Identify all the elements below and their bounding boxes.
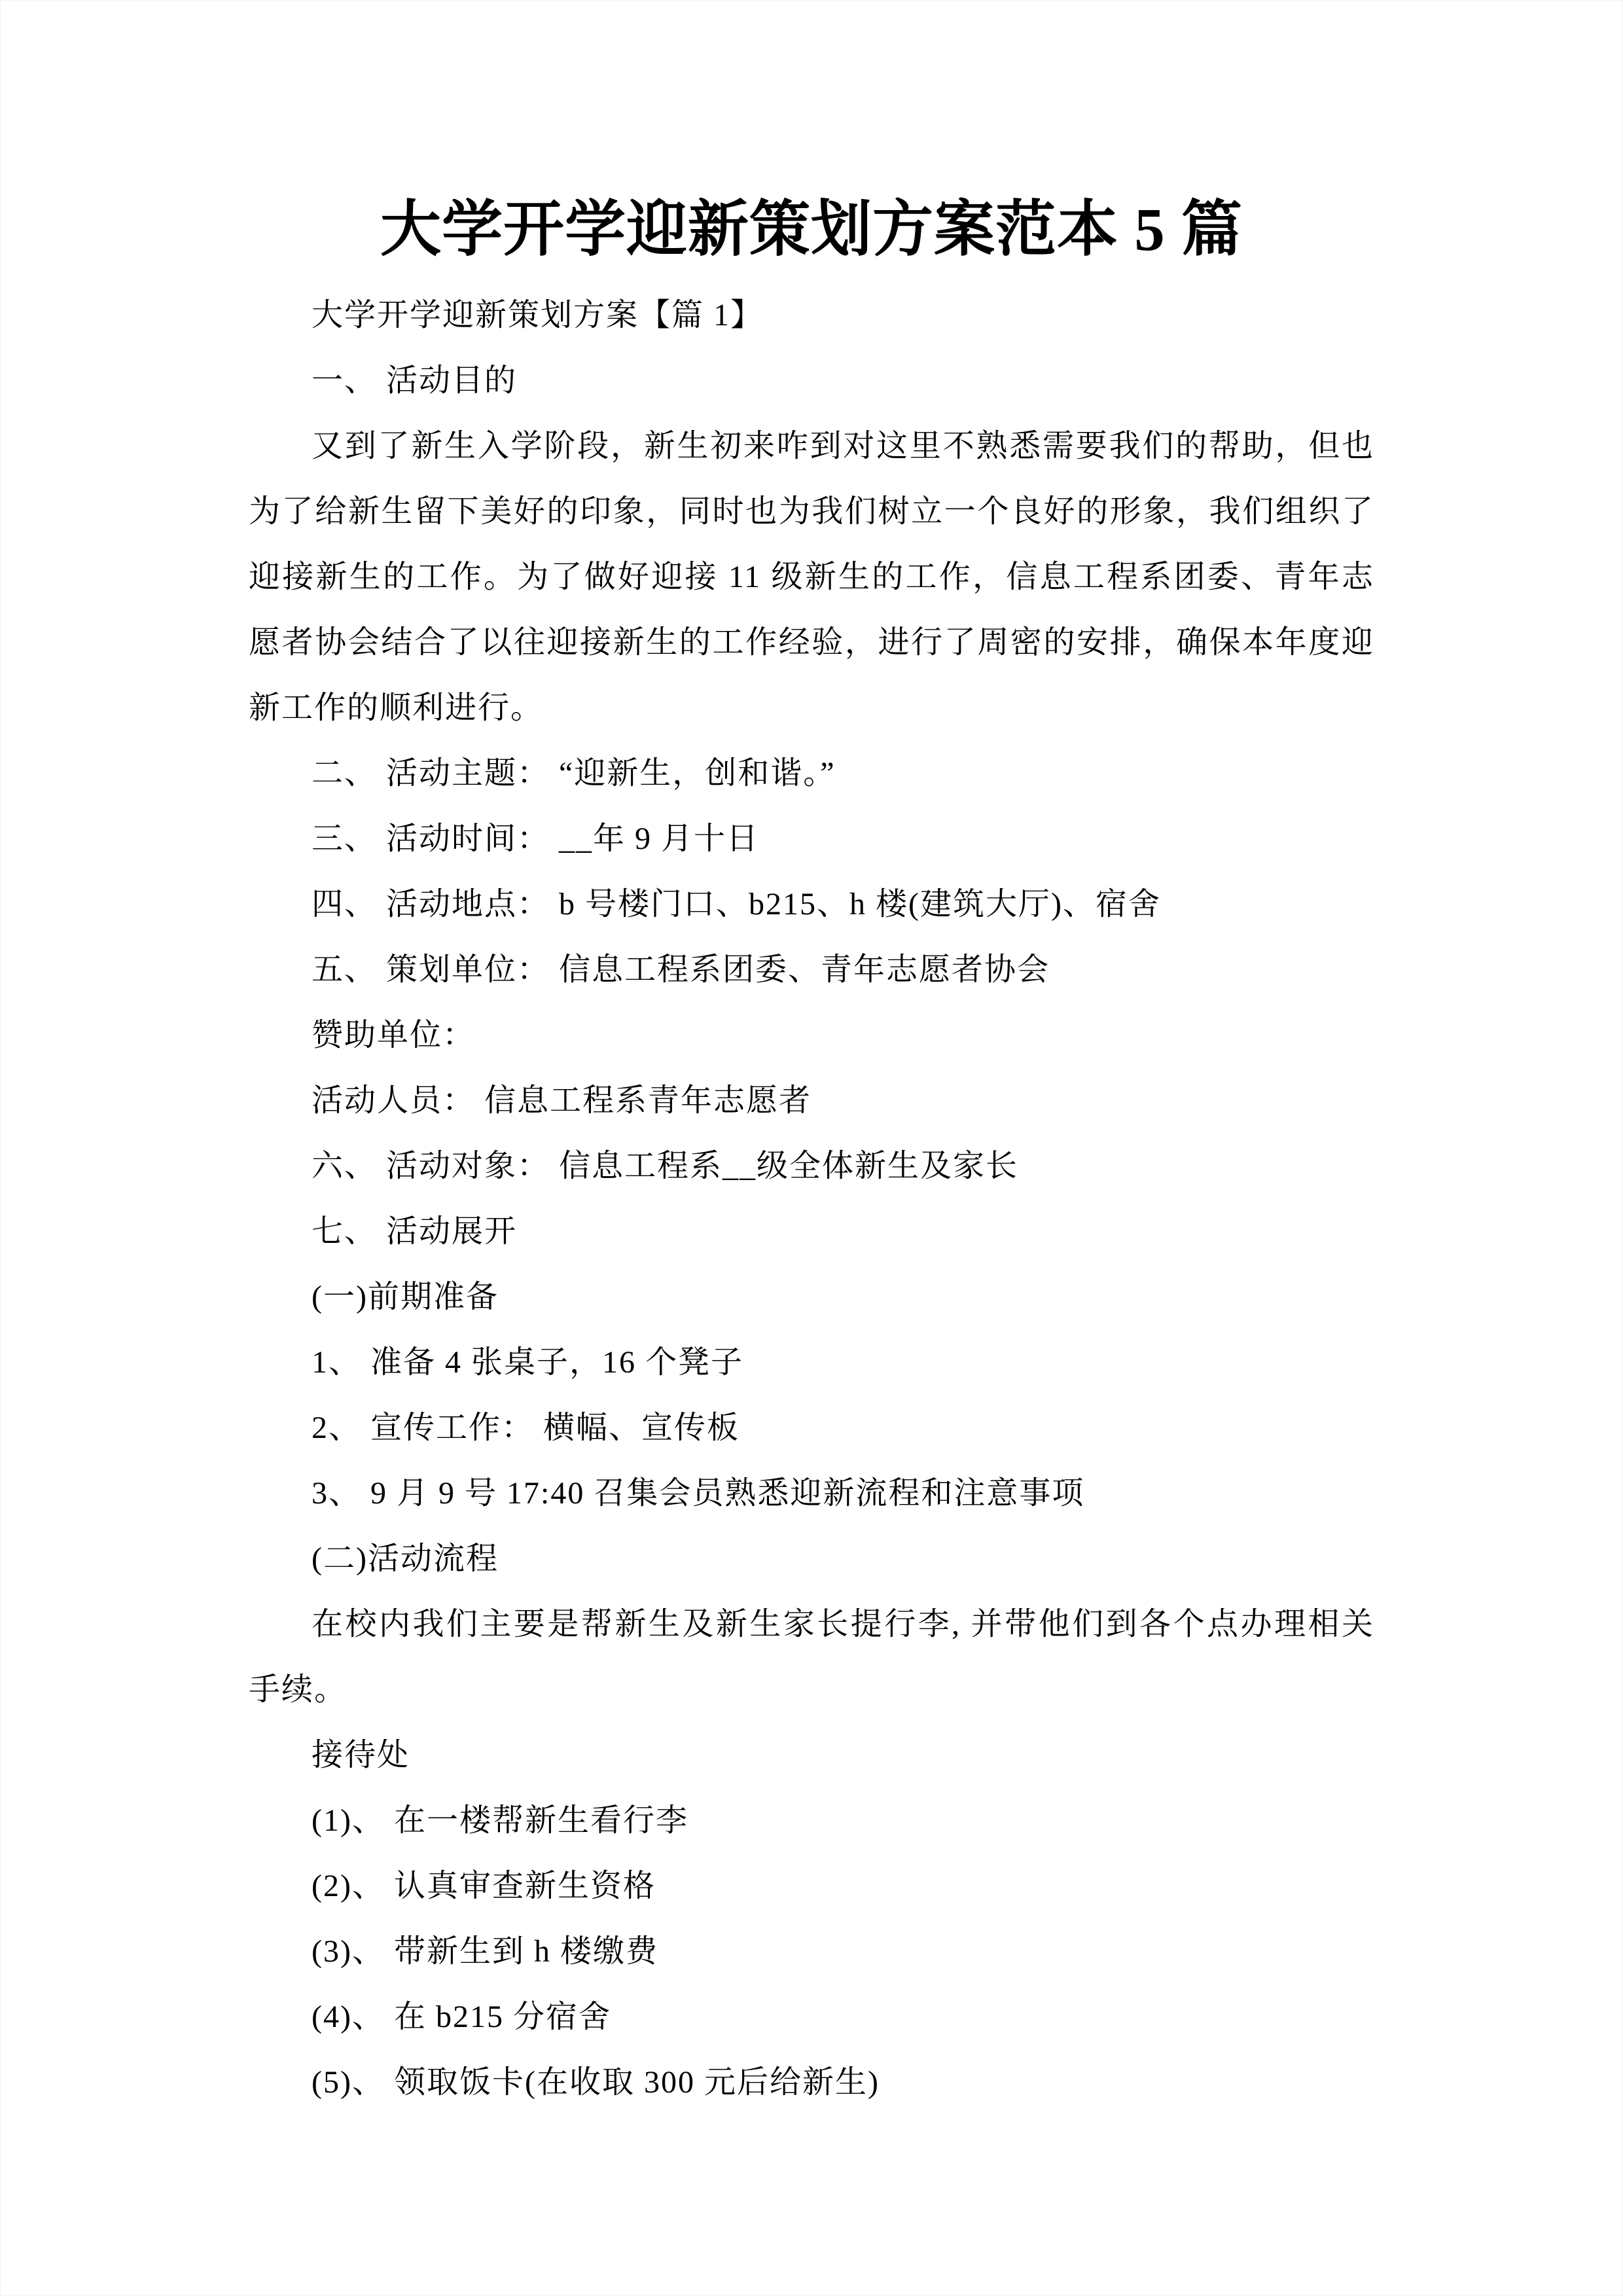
paragraph: 四、 活动地点： b 号楼门口、b215、h 楼(建筑大厅)、宿舍 bbox=[249, 872, 1374, 937]
paragraph: 赞助单位： bbox=[249, 1003, 1374, 1068]
paragraph: (3)、 带新生到 h 楼缴费 bbox=[249, 1919, 1374, 1984]
paragraph: (1)、 在一楼帮新生看行李 bbox=[249, 1788, 1374, 1854]
paragraph: (2)、 认真审查新生资格 bbox=[249, 1854, 1374, 1919]
paragraph: 接待处 bbox=[249, 1723, 1374, 1788]
paragraph: 3、 9 月 9 号 17:40 召集会员熟悉迎新流程和注意事项 bbox=[249, 1461, 1374, 1526]
document-subtitle: 大学开学迎新策划方案【篇 1】 bbox=[249, 283, 1374, 348]
document-page: 大学开学迎新策划方案范本 5 篇 大学开学迎新策划方案【篇 1】一、 活动目的又… bbox=[0, 0, 1623, 2296]
paragraph: 二、 活动主题： “迎新生，创和谐。” bbox=[249, 741, 1374, 806]
paragraph: 1、 准备 4 张桌子，16 个凳子 bbox=[249, 1330, 1374, 1395]
paragraph: 五、 策划单位： 信息工程系团委、青年志愿者协会 bbox=[249, 937, 1374, 1003]
paragraph: (5)、 领取饭卡(在收取 300 元后给新生) bbox=[249, 2050, 1374, 2115]
paragraph: 一、 活动目的 bbox=[249, 348, 1374, 414]
paragraph: 活动人员： 信息工程系青年志愿者 bbox=[249, 1068, 1374, 1134]
paragraph: 又到了新生入学阶段，新生初来咋到对这里不熟悉需要我们的帮助，但也为了给新生留下美… bbox=[249, 414, 1374, 741]
document-body: 大学开学迎新策划方案【篇 1】一、 活动目的又到了新生入学阶段，新生初来咋到对这… bbox=[249, 283, 1374, 2115]
paragraph: 六、 活动对象： 信息工程系__级全体新生及家长 bbox=[249, 1134, 1374, 1199]
paragraph: (4)、 在 b215 分宿舍 bbox=[249, 1984, 1374, 2050]
paragraph: (二)活动流程 bbox=[249, 1526, 1374, 1592]
paragraph: 2、 宣传工作： 横幅、宣传板 bbox=[249, 1395, 1374, 1461]
paragraph: (一)前期准备 bbox=[249, 1265, 1374, 1330]
document-title: 大学开学迎新策划方案范本 5 篇 bbox=[79, 0, 1544, 274]
paragraph: 在校内我们主要是帮新生及新生家长提行李, 并带他们到各个点办理相关手续。 bbox=[249, 1592, 1374, 1723]
paragraph: 七、 活动展开 bbox=[249, 1199, 1374, 1265]
paragraph: 三、 活动时间： __年 9 月十日 bbox=[249, 806, 1374, 872]
